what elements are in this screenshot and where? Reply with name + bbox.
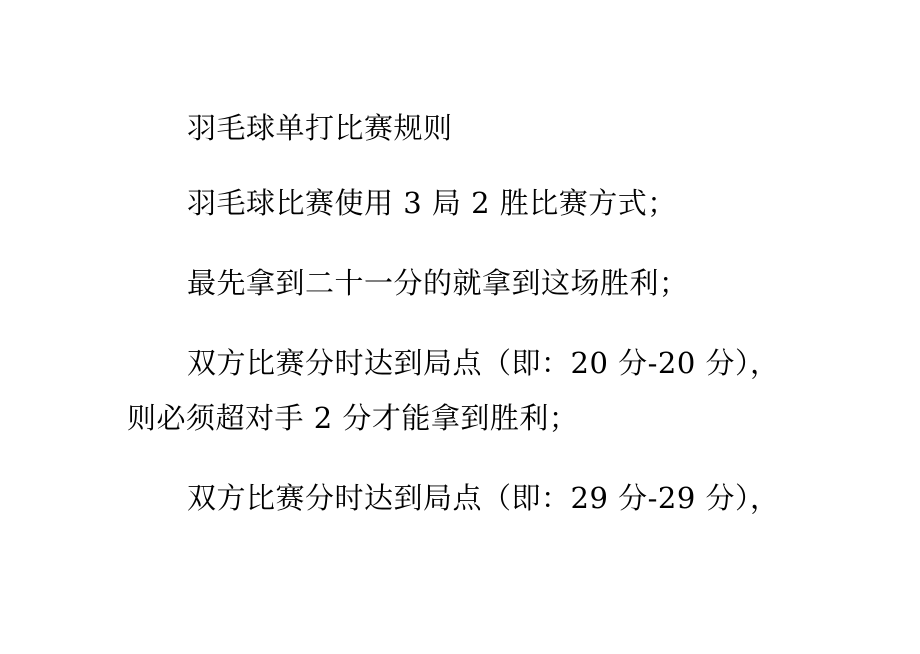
paragraph-deuce-20-continued: 则必须超对手 2 分才能拿到胜利； xyxy=(127,400,578,436)
paragraph-deuce-20: 双方比赛分时达到局点（即：20 分-20 分）， xyxy=(187,345,780,381)
paragraph-deuce-29: 双方比赛分时达到局点（即：29 分-29 分）， xyxy=(187,480,780,516)
paragraph-winning-score: 最先拿到二十一分的就拿到这场胜利； xyxy=(187,265,689,301)
paragraph-match-format: 羽毛球比赛使用 3 局 2 胜比赛方式； xyxy=(187,185,677,221)
document-title: 羽毛球单打比赛规则 xyxy=(187,110,453,146)
